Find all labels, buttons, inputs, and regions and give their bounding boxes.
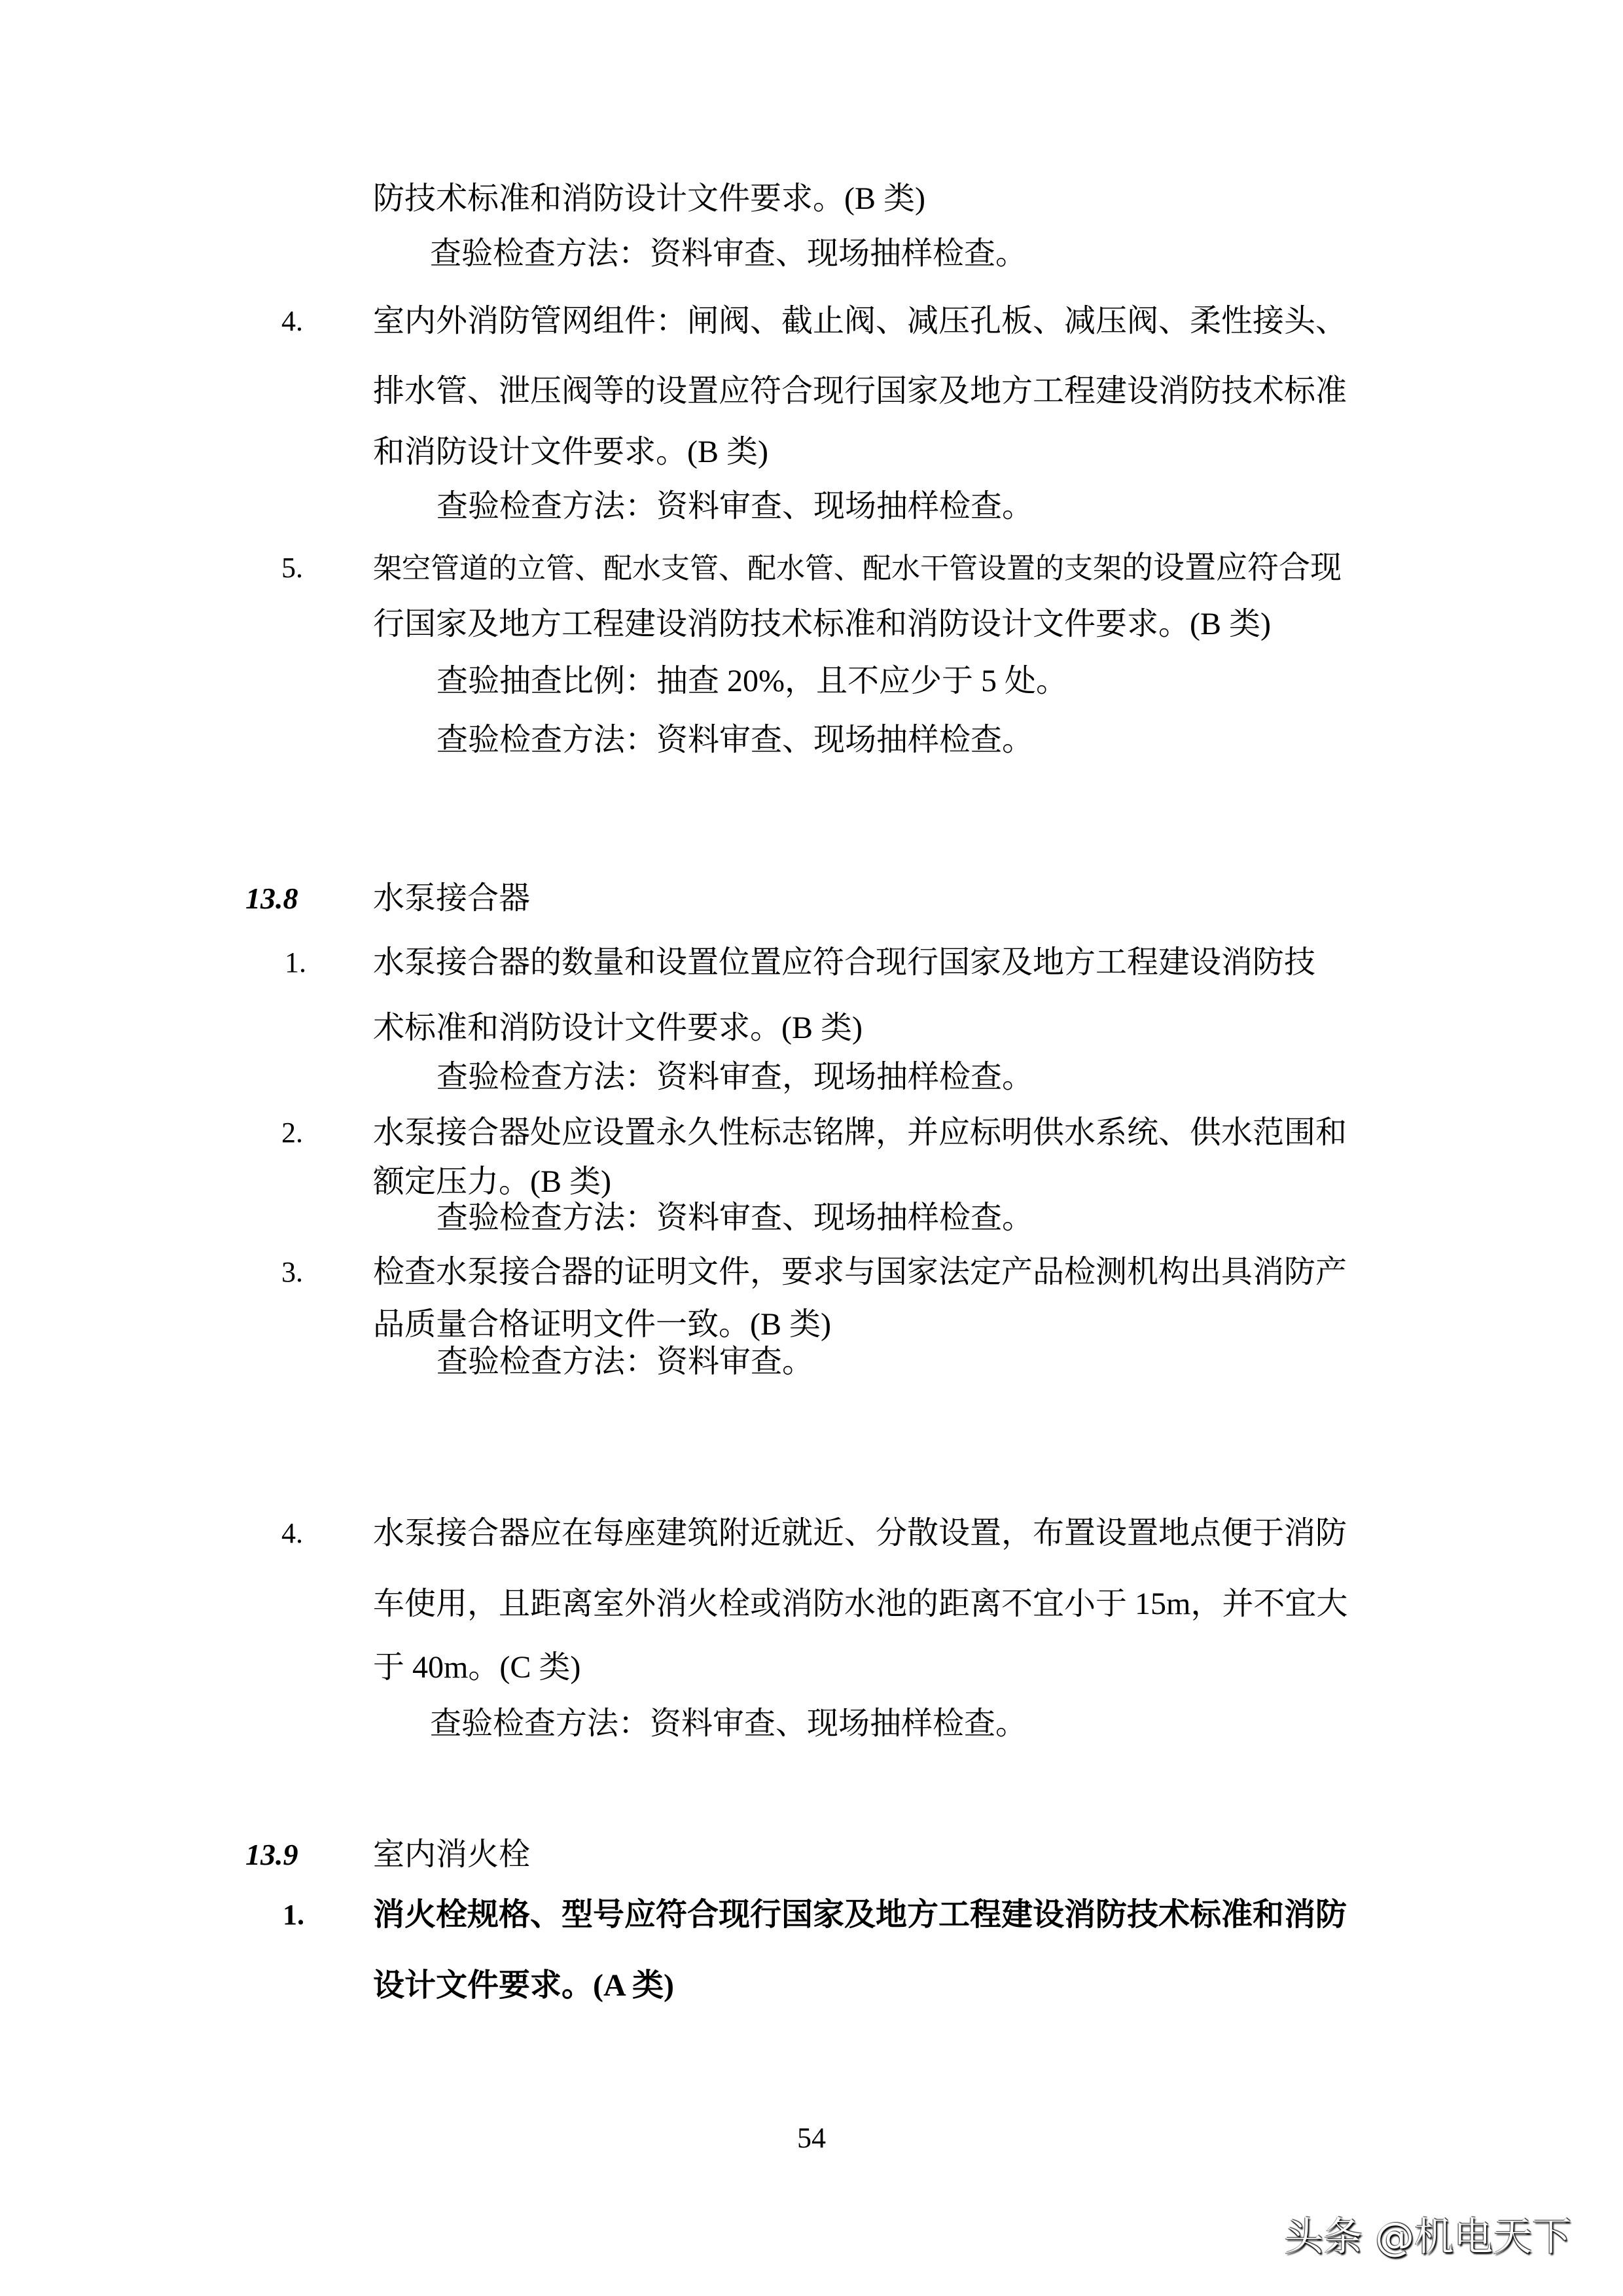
inspection-method: 查验检查方法：资料审查、现场抽样检查。 <box>430 236 1027 272</box>
list-number: 5. <box>281 550 303 586</box>
body-text-line: 检查水泵接合器的证明文件，要求与国家法定产品检测机构出具消防产 <box>373 1254 1347 1291</box>
body-text-line: 术标准和消防设计文件要求。(B 类) <box>373 1010 863 1047</box>
body-text-line: 防技术标准和消防设计文件要求。(B 类) <box>373 181 925 217</box>
inspection-method: 查验检查方法：资料审查、现场抽样检查。 <box>437 488 1033 525</box>
body-text-line: 水泵接合器的数量和设置位置应符合现行国家及地方工程建设消防技 <box>373 944 1315 981</box>
body-text-line: 设计文件要求。(A 类) <box>373 1967 674 2004</box>
list-number: 4. <box>281 1515 303 1552</box>
body-text-line: 水泵接合器应在每座建筑附近就近、分散设置，布置设置地点便于消防 <box>373 1515 1347 1552</box>
inspection-ratio: 查验抽查比例：抽查 20%，且不应少于 5 处。 <box>437 663 1067 700</box>
body-text-line: 额定压力。(B 类) <box>373 1164 611 1200</box>
body-text-line: 和消防设计文件要求。(B 类) <box>373 434 768 471</box>
body-text-line: 架空管道的立管、配水支管、配水管、配水干管设置的支架的设置应符合现 <box>373 550 1342 587</box>
body-text-line: 排水管、泄压阀等的设置应符合现行国家及地方工程建设消防技术标准 <box>373 373 1347 410</box>
body-text-fragment: 的设置应符合现 <box>1122 550 1342 585</box>
body-text-line: 消火栓规格、型号应符合现行国家及地方工程建设消防技术标准和消防 <box>373 1897 1347 1933</box>
body-text-line: 水泵接合器处应设置永久性标志铭牌，并应标明供水系统、供水范围和 <box>373 1115 1347 1151</box>
section-number: 13.9 <box>245 1837 298 1873</box>
inspection-method: 查验检查方法：资料审查、现场抽样检查。 <box>430 1706 1027 1742</box>
list-number: 3. <box>281 1254 303 1291</box>
inspection-method: 查验检查方法：资料审查、现场抽样检查。 <box>437 1200 1033 1236</box>
body-text-fragment: 架空管道的立管、配水支管、配水管、配水干管设置的支架 <box>373 552 1122 584</box>
body-text-line: 车使用，且距离室外消火栓或消防水池的距离不宜小于 15m，并不宜大 <box>373 1586 1347 1623</box>
section-title: 水泵接合器 <box>373 880 530 917</box>
inspection-method: 查验检查方法：资料审查、现场抽样检查。 <box>437 722 1033 759</box>
list-number: 4. <box>281 303 303 340</box>
list-number: 1. <box>283 1897 304 1933</box>
watermark: 头条 @机电天下 <box>1284 2211 1571 2263</box>
section-title: 室内消火栓 <box>373 1837 530 1873</box>
page-number: 54 <box>797 2122 826 2155</box>
inspection-method: 查验检查方法：资料审查，现场抽样检查。 <box>437 1059 1033 1096</box>
body-text-line: 于 40m。(C 类) <box>373 1649 580 1686</box>
inspection-method: 查验检查方法：资料审查。 <box>437 1344 813 1380</box>
body-text-line: 行国家及地方工程建设消防技术标准和消防设计文件要求。(B 类) <box>373 606 1271 643</box>
list-number: 2. <box>281 1115 303 1151</box>
body-text-line: 室内外消防管网组件：闸阀、截止阀、减压孔板、减压阀、柔性接头、 <box>373 303 1347 340</box>
list-number: 1. <box>285 944 306 981</box>
body-text-line: 品质量合格证明文件一致。(B 类) <box>373 1306 831 1343</box>
section-number: 13.8 <box>245 880 298 917</box>
